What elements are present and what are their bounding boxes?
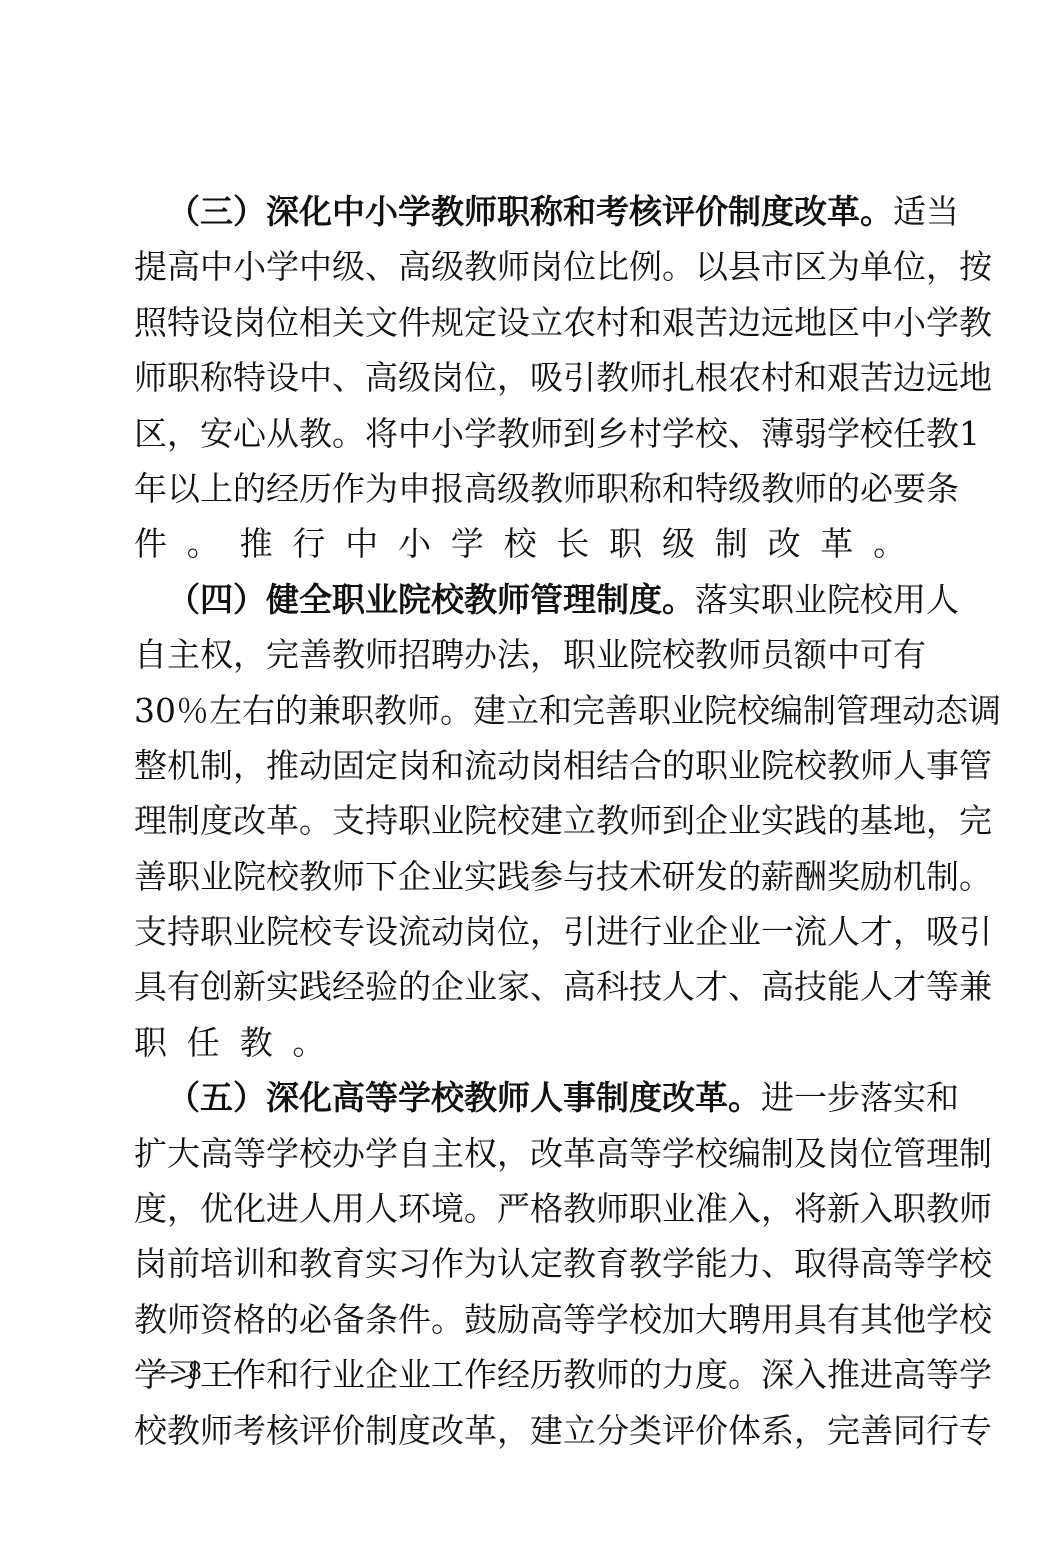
paragraph-line: 善职业院校教师下企业实践参与技术研发的薪酬奖励机制。: [134, 849, 926, 904]
paragraph-line: 度，优化进人用人环境。严格教师职业准入，将新入职教师: [134, 1181, 926, 1236]
paragraph-first-line: （四）健全职业院校教师管理制度。落实职业院校用人: [134, 572, 926, 627]
paragraph-first-line: （三）深化中小学教师职称和考核评价制度改革。适当: [134, 184, 926, 239]
paragraph-line: 30％左右的兼职教师。建立和完善职业院校编制管理动态调: [134, 683, 926, 738]
paragraph-line: 具有创新实践经验的企业家、高科技人才、高技能人才等兼: [134, 959, 926, 1014]
paragraph-line: 年以上的经历作为申报高级教师职称和特级教师的必要条: [134, 461, 926, 516]
paragraph-line: 自主权，完善教师招聘办法，职业院校教师员额中可有: [134, 627, 926, 682]
paragraph-line: 照特设岗位相关文件规定设立农村和艰苦边远地区中小学教: [134, 295, 926, 350]
paragraph-line: 教师资格的必备条件。鼓励高等学校加大聘用具有其他学校: [134, 1292, 926, 1347]
paragraph-line: 职任教。: [134, 1015, 926, 1070]
paragraph-line: 件。推行中小学校长职级制改革。: [134, 516, 926, 571]
paragraph-line: 区，安心从教。将中小学教师到乡村学校、薄弱学校任教1: [134, 406, 926, 461]
document-body: （三）深化中小学教师职称和考核评价制度改革。适当提高中小学中级、高级教师岗位比例…: [134, 184, 926, 1458]
paragraph-line: 校教师考核评价制度改革，建立分类评价体系，完善同行专: [134, 1403, 926, 1458]
paragraph-line: 整机制，推动固定岗和流动岗相结合的职业院校教师人事管: [134, 738, 926, 793]
document-page: （三）深化中小学教师职称和考核评价制度改革。适当提高中小学中级、高级教师岗位比例…: [0, 0, 1059, 1554]
paragraph-line: 学习工作和行业企业工作经历教师的力度。深入推进高等学: [134, 1347, 926, 1402]
paragraph-first-line: （五）深化高等学校教师人事制度改革。进一步落实和: [134, 1070, 926, 1125]
paragraph-line: 扩大高等学校办学自主权，改革高等学校编制及岗位管理制: [134, 1126, 926, 1181]
paragraph-line: 师职称特设中、高级岗位，吸引教师扎根农村和艰苦边远地: [134, 350, 926, 405]
paragraph-line: 提高中小学中级、高级教师岗位比例。以县市区为单位，按: [134, 239, 926, 294]
paragraph-line: 支持职业院校专设流动岗位，引进行业企业一流人才，吸引: [134, 904, 926, 959]
paragraph-line: 理制度改革。支持职业院校建立教师到企业实践的基地，完: [134, 793, 926, 848]
paragraph-line: 岗前培训和教育实习作为认定教育教学能力、取得高等学校: [134, 1236, 926, 1291]
page-number: — 8 —: [152, 1356, 240, 1386]
